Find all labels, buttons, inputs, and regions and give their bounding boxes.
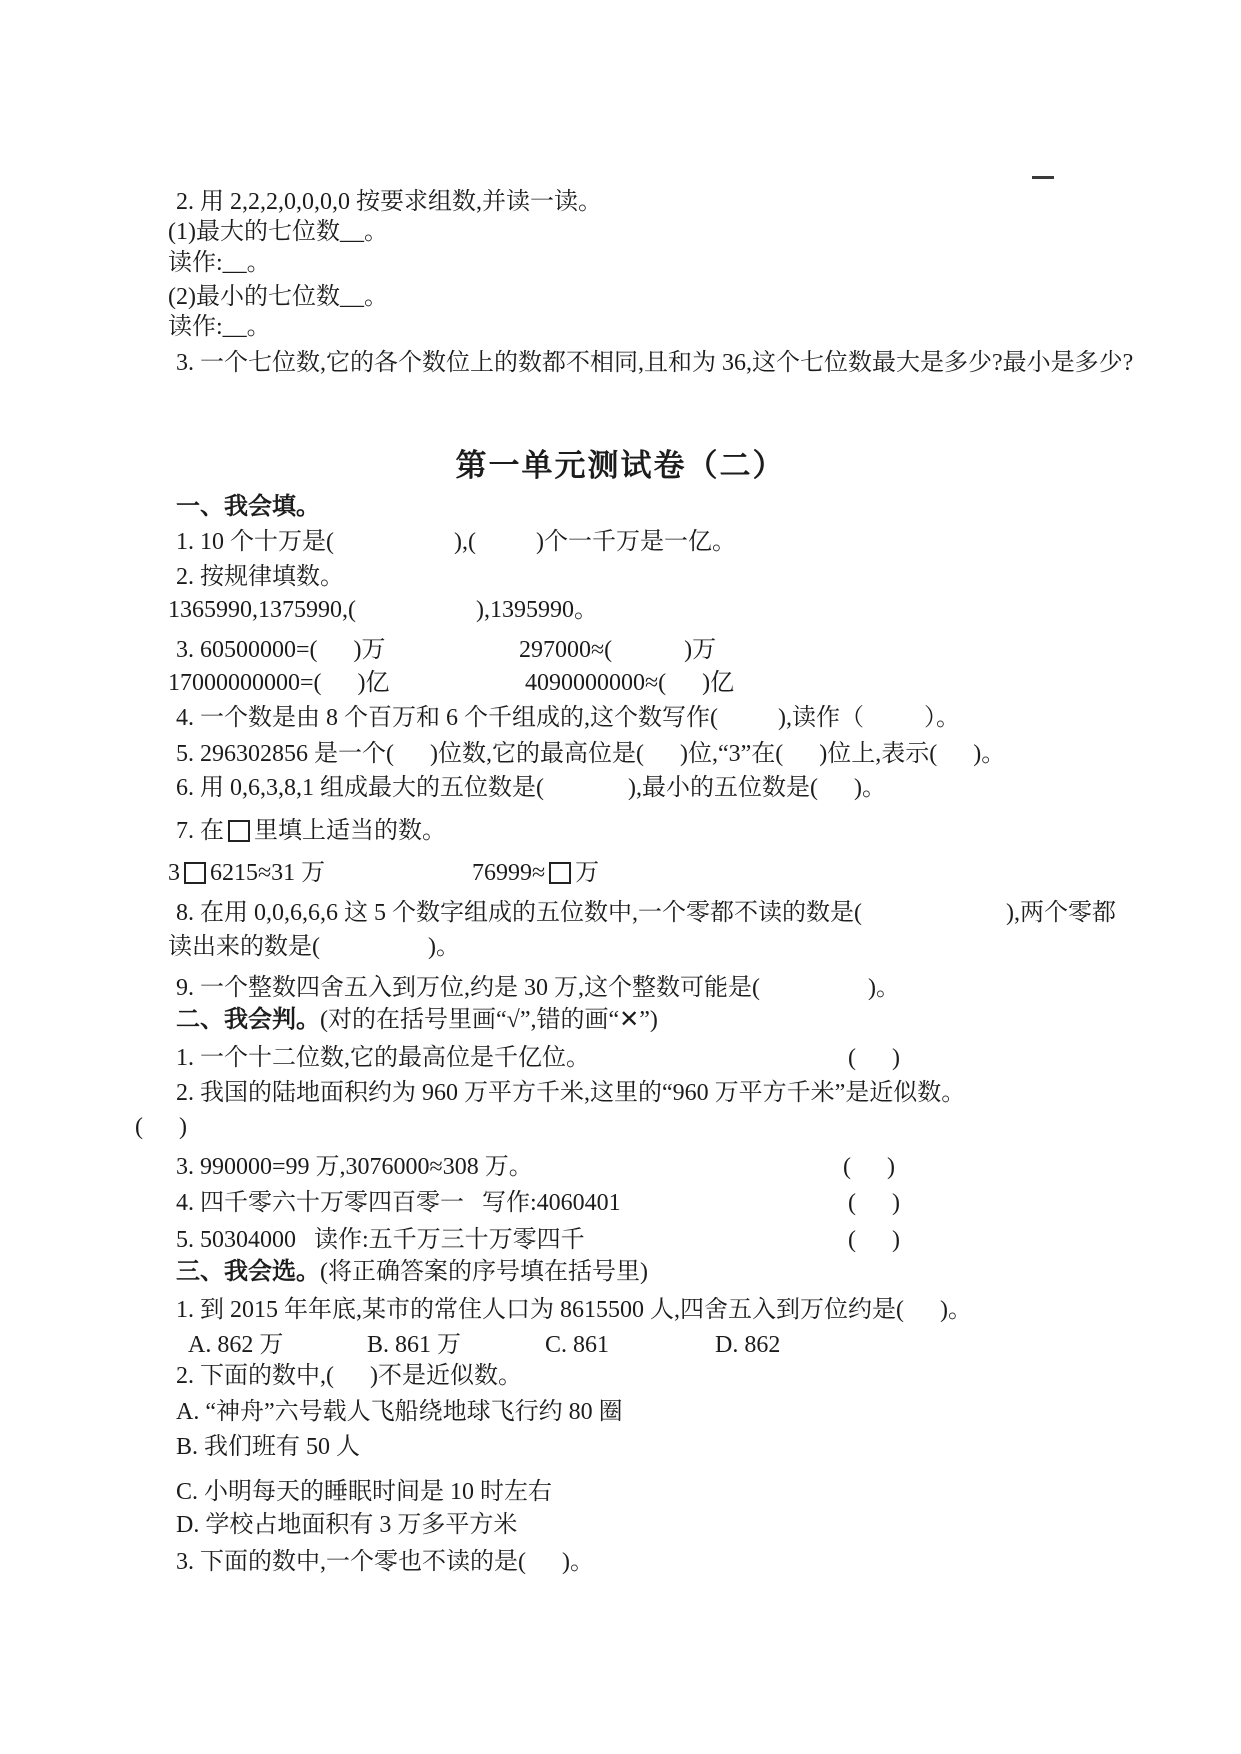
fill-q5: 5. 296302856 是一个( )位数,它的最高位是( )位,“3”在( )… xyxy=(176,739,1005,769)
fill-q2-sequence: 1365990,1375990,( ),1395990。 xyxy=(168,595,598,625)
carryover-q2-sub1: (1)最大的七位数__。 xyxy=(168,217,388,247)
choice-q1-option-b: B. 861 万 xyxy=(367,1330,461,1360)
choice-q2-option-c: C. 小明每天的睡眠时间是 10 时左右 xyxy=(176,1477,552,1507)
choice-q2-option-d: D. 学校占地面积有 3 万多平方米 xyxy=(176,1510,517,1540)
carryover-q3: 3. 一个七位数,它的各个数位上的数都不相同,且和为 36,这个七位数最大是多少… xyxy=(176,348,1133,378)
fill-q9: 9. 一个整数四舍五入到万位,约是 30 万,这个整数可能是( )。 xyxy=(176,973,900,1003)
judge-item-3-bracket: ( ) xyxy=(843,1152,895,1182)
page-corner-dash xyxy=(1032,176,1054,179)
choice-q3: 3. 下面的数中,一个零也不读的是( )。 xyxy=(176,1547,594,1577)
fill-q7-blank1-pre: 3 xyxy=(168,860,180,886)
worksheet-page: 2. 用 2,2,2,0,0,0,0 按要求组数,并读一读。 (1)最大的七位数… xyxy=(0,0,1241,1754)
choice-heading-label: 三、我会选。 xyxy=(176,1259,320,1285)
carryover-q2-sub2: (2)最小的七位数__。 xyxy=(168,282,388,312)
choice-q1: 1. 到 2015 年年底,某市的常住人口为 8615500 人,四舍五入到万位… xyxy=(176,1295,972,1325)
choice-heading-note: (将正确答案的序号填在括号里) xyxy=(320,1259,648,1285)
fill-q7: 7. 在里填上适当的数。 xyxy=(176,816,446,846)
fill-q7-blank1-post: 6215≈31 万 xyxy=(210,860,325,886)
judge-item-1: 1. 一个十二位数,它的最高位是千亿位。 xyxy=(176,1043,590,1073)
choice-section-heading: 三、我会选。(将正确答案的序号填在括号里) xyxy=(176,1257,648,1287)
carryover-q2-read1: 读作:__。 xyxy=(168,248,271,278)
judge-item-3: 3. 990000=99 万,3076000≈308 万。 xyxy=(176,1152,533,1182)
page-title: 第一单元测试卷（二） xyxy=(0,440,1241,485)
choice-q1-option-a: A. 862 万 xyxy=(188,1330,283,1360)
answer-box xyxy=(549,862,571,884)
choice-q2: 2. 下面的数中,( )不是近似数。 xyxy=(176,1361,522,1391)
fill-q8-line1: 8. 在用 0,0,6,6,6 这 5 个数字组成的五位数中,一个零都不读的数是… xyxy=(176,898,1116,928)
choice-q2-option-b: B. 我们班有 50 人 xyxy=(176,1432,360,1462)
fill-section-heading: 一、我会填。 xyxy=(176,492,320,522)
fill-q4: 4. 一个数是由 8 个百万和 6 个千组成的,这个数写作( ),读作（ ）。 xyxy=(176,703,960,733)
fill-q2: 2. 按规律填数。 xyxy=(176,562,344,592)
judge-heading-label: 二、我会判。 xyxy=(176,1007,320,1033)
choice-q1-option-d: D. 862 xyxy=(715,1330,780,1360)
fill-q1: 1. 10 个十万是( ),( )个一千万是一亿。 xyxy=(176,527,736,557)
fill-q7-blank2: 76999≈万 xyxy=(472,858,599,888)
answer-box xyxy=(184,862,206,884)
fill-q8-line2: 读出来的数是( )。 xyxy=(168,932,460,962)
fill-q7-blank1: 36215≈31 万 xyxy=(168,858,325,888)
judge-item-5: 5. 50304000 读作:五千万三十万零四千 xyxy=(176,1225,585,1255)
carryover-q2-intro: 2. 用 2,2,2,0,0,0,0 按要求组数,并读一读。 xyxy=(176,187,602,217)
fill-q6: 6. 用 0,6,3,8,1 组成最大的五位数是( ),最小的五位数是( )。 xyxy=(176,773,886,803)
judge-item-4: 4. 四千零六十万零四百零一 写作:4060401 xyxy=(176,1188,621,1218)
answer-box xyxy=(228,820,250,842)
fill-q3-row1-left: 3. 60500000=( )万 xyxy=(176,635,386,665)
judge-section-heading: 二、我会判。(对的在括号里画“√”,错的画“✕”) xyxy=(176,1005,658,1035)
judge-item-1-bracket: ( ) xyxy=(848,1043,900,1073)
fill-q7-suffix: 里填上适当的数。 xyxy=(254,818,446,844)
fill-q7-blank2-pre: 76999≈ xyxy=(472,860,545,886)
judge-item-4-bracket: ( ) xyxy=(848,1188,900,1218)
choice-q1-option-c: C. 861 xyxy=(545,1330,609,1360)
judge-heading-note: (对的在括号里画“√”,错的画“✕”) xyxy=(320,1007,658,1033)
judge-item-5-bracket: ( ) xyxy=(848,1225,900,1255)
fill-q7-prefix: 7. 在 xyxy=(176,818,224,844)
fill-q3-row2-left: 17000000000=( )亿 xyxy=(168,668,390,698)
fill-q3-row2-right: 4090000000≈( )亿 xyxy=(525,668,734,698)
fill-q3-row1-right: 297000≈( )万 xyxy=(519,635,716,665)
choice-q2-option-a: A. “神舟”六号载人飞船绕地球飞行约 80 圈 xyxy=(176,1397,623,1427)
carryover-q2-read2: 读作:__。 xyxy=(168,312,271,342)
judge-item-2: 2. 我国的陆地面积约为 960 万平方千米,这里的“960 万平方千米”是近似… xyxy=(176,1078,965,1108)
fill-q7-blank2-post: 万 xyxy=(575,860,599,886)
judge-item-2-bracket: ( ) xyxy=(135,1112,187,1142)
